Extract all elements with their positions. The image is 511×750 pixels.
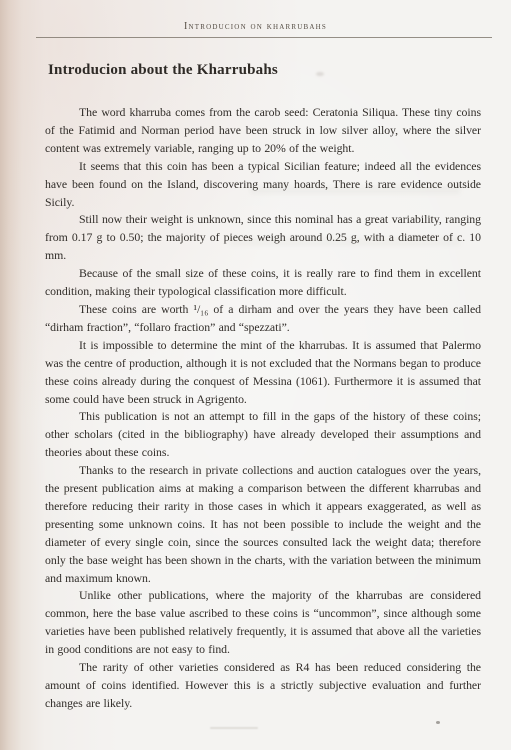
paragraph: The rarity of other varieties considered… — [45, 659, 481, 713]
header-rule — [36, 37, 492, 38]
paragraph: Because of the small size of these coins… — [45, 265, 481, 301]
scanned-book-page: Introducion on kharrubahs Introducion ab… — [0, 0, 511, 750]
paragraph: It seems that this coin has been a typic… — [45, 158, 481, 212]
paragraph: The word kharruba comes from the carob s… — [45, 104, 481, 158]
paragraph: Thanks to the research in private collec… — [45, 462, 481, 587]
paragraph: These coins are worth ¹/₁₆ of a dirham a… — [45, 301, 481, 337]
scan-speck — [210, 727, 258, 729]
running-header: Introducion on kharrubahs — [0, 0, 511, 32]
page-bleedthrough-ghost — [230, 238, 460, 246]
page-title: Introducion about the Kharrubahs — [48, 62, 481, 79]
paragraph: It is impossible to determine the mint o… — [45, 337, 481, 409]
paragraph: Unlike other publications, where the maj… — [45, 587, 481, 659]
paragraph: This publication is not an attempt to fi… — [45, 408, 481, 462]
page-bleedthrough-ghost — [250, 186, 460, 194]
body-text: The word kharruba comes from the carob s… — [45, 104, 481, 713]
scan-speck — [436, 721, 440, 724]
scan-speck — [316, 72, 324, 76]
